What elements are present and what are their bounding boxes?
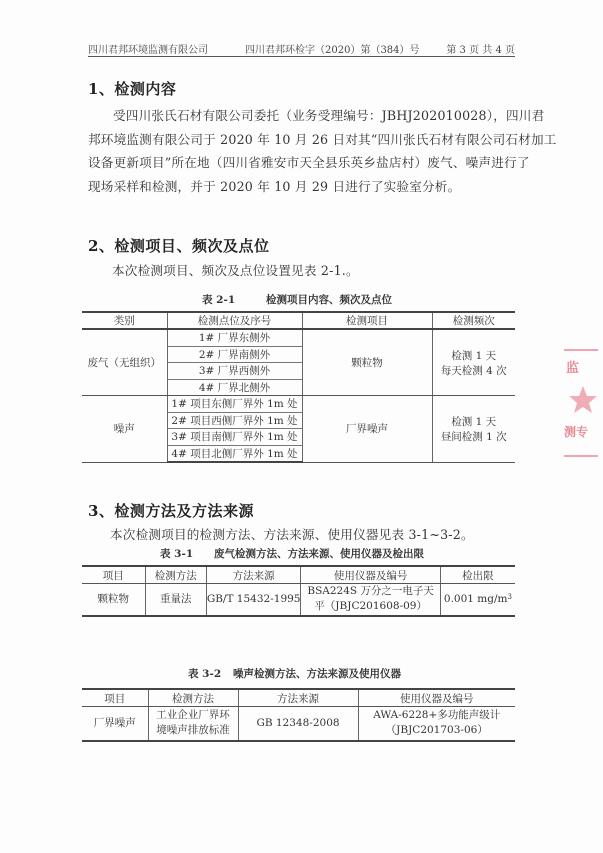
frequency-line: 检测 1 天 bbox=[433, 348, 516, 363]
section1-line: 现场采样和检测，并于 2020 年 10 月 29 日进行了实验室分析。 bbox=[88, 175, 518, 199]
section2-intro: 本次检测项目、频次及点位设置见表 2-1.。 bbox=[112, 259, 359, 283]
col-header-frequency: 检测频次 bbox=[432, 312, 515, 329]
table-3-1-caption-number: 表 3-1 bbox=[160, 546, 193, 561]
table-row: 废气（无组织） 1# 厂界东侧外 颗粒物 检测 1 天 每天检测 4 次 bbox=[82, 329, 515, 346]
table-3-2-caption-number: 表 3-2 bbox=[188, 666, 221, 681]
col-header-item: 项目 bbox=[82, 689, 148, 707]
col-header-item: 检测项目 bbox=[302, 312, 432, 329]
table-3-1: 项目 检测方法 方法来源 使用仪器及编号 检出限 颗粒物 重量法 GB/T 15… bbox=[82, 565, 515, 617]
instrument-cell: AWA-6228+多功能声级计 （JBJC201703-06） bbox=[358, 707, 515, 741]
category-cell: 噪声 bbox=[82, 396, 167, 463]
table-2-1-caption-number: 表 2-1 bbox=[202, 292, 235, 307]
instrument-line: BSA224S 万分之一电子天 bbox=[301, 584, 439, 599]
item-cell: 颗粒物 bbox=[82, 584, 145, 616]
col-header-source: 方法来源 bbox=[238, 689, 358, 707]
frequency-line: 检测 1 天 bbox=[433, 414, 516, 429]
table-2-1: 类别 检测点位及序号 检测项目 检测频次 废气（无组织） 1# 厂界东侧外 颗粒… bbox=[82, 311, 515, 463]
method-cell: 重量法 bbox=[145, 584, 206, 616]
section2-title: 2、检测项目、频次及点位 bbox=[88, 235, 269, 256]
frequency-cell: 检测 1 天 昼间检测 1 次 bbox=[432, 396, 515, 463]
point-cell: 4# 厂界北侧外 bbox=[167, 379, 302, 396]
col-header-instrument: 使用仪器及编号 bbox=[358, 689, 515, 707]
instrument-cell: BSA224S 万分之一电子天 平（JBJC201608-09） bbox=[301, 584, 440, 616]
table-3-2: 项目 检测方法 方法来源 使用仪器及编号 厂界噪声 工业企业厂界环 境噪声排放标… bbox=[82, 688, 515, 742]
instrument-line: AWA-6228+多功能声级计 bbox=[359, 708, 516, 723]
section1-line: 设备更新项目”所在地（四川省雅安市天全县乐英乡盐店村）废气、噪声进行了 bbox=[88, 151, 518, 175]
col-header-category: 类别 bbox=[82, 312, 167, 329]
col-header-source: 方法来源 bbox=[206, 566, 301, 584]
col-header-item: 项目 bbox=[82, 566, 145, 584]
method-cell: 工业企业厂界环 境噪声排放标准 bbox=[148, 707, 238, 741]
header-company: 四川君邦环境监测有限公司 bbox=[88, 41, 208, 56]
table-3-2-caption-title: 噪声检测方法、方法来源及使用仪器 bbox=[233, 666, 401, 681]
table-header-row: 项目 检测方法 方法来源 使用仪器及编号 检出限 bbox=[82, 566, 515, 584]
limit-superscript: 3 bbox=[507, 593, 511, 601]
section3-title: 3、检测方法及方法来源 bbox=[88, 500, 254, 521]
source-cell: GB 12348-2008 bbox=[238, 707, 358, 741]
seal-top-text: 监 bbox=[566, 357, 579, 376]
point-cell: 1# 厂界东侧外 bbox=[167, 329, 302, 346]
table-header-row: 类别 检测点位及序号 检测项目 检测频次 bbox=[82, 312, 515, 329]
source-cell: GB/T 15432-1995 bbox=[206, 584, 301, 616]
col-header-method: 检测方法 bbox=[145, 566, 206, 584]
table-3-1-caption-title: 废气检测方法、方法来源、使用仪器及检出限 bbox=[214, 546, 424, 561]
frequency-line: 每天检测 4 次 bbox=[433, 363, 516, 378]
header-report-number: 四川君邦环检字（2020）第（384）号 bbox=[245, 41, 420, 56]
col-header-limit: 检出限 bbox=[440, 566, 515, 584]
page-header: 四川君邦环境监测有限公司 四川君邦环检字（2020）第（384）号 第 3 页 … bbox=[88, 40, 515, 57]
point-cell: 2# 项目西侧厂界外 1m 处 bbox=[167, 412, 302, 429]
col-header-method: 检测方法 bbox=[148, 689, 238, 707]
point-cell: 3# 厂界西侧外 bbox=[167, 363, 302, 380]
item-cell: 厂界噪声 bbox=[302, 396, 432, 463]
seal-border-line bbox=[564, 455, 598, 457]
section1-title: 1、检测内容 bbox=[88, 78, 176, 99]
method-line: 工业企业厂界环 bbox=[149, 708, 238, 723]
frequency-cell: 检测 1 天 每天检测 4 次 bbox=[432, 329, 515, 396]
table-header-row: 项目 检测方法 方法来源 使用仪器及编号 bbox=[82, 689, 515, 707]
item-cell: 颗粒物 bbox=[302, 329, 432, 396]
item-cell: 厂界噪声 bbox=[82, 707, 148, 741]
section3-intro: 本次检测项目的检测方法、方法来源、使用仪器见表 3-1~3-2。 bbox=[110, 523, 474, 547]
header-page-info: 第 3 页 共 4 页 bbox=[446, 41, 515, 56]
instrument-line: 平（JBJC201608-09） bbox=[301, 599, 439, 614]
limit-cell: 0.001 mg/m3 bbox=[440, 584, 515, 616]
seal-border-line bbox=[564, 349, 598, 351]
col-header-point: 检测点位及序号 bbox=[167, 312, 302, 329]
point-cell: 3# 项目南侧厂界外 1m 处 bbox=[167, 429, 302, 446]
seal-bottom-text: 测专 bbox=[564, 423, 588, 440]
table-row: 颗粒物 重量法 GB/T 15432-1995 BSA224S 万分之一电子天 … bbox=[82, 584, 515, 616]
official-seal-stamp: 监 测专 bbox=[562, 345, 602, 465]
col-header-instrument: 使用仪器及编号 bbox=[301, 566, 440, 584]
instrument-line: （JBJC201703-06） bbox=[359, 723, 516, 738]
point-cell: 4# 项目北侧厂界外 1m 处 bbox=[167, 445, 302, 462]
category-cell: 废气（无组织） bbox=[82, 329, 167, 396]
table-2-1-caption-title: 检测项目内容、频次及点位 bbox=[266, 292, 392, 307]
table-row: 噪声 1# 项目东侧厂界外 1m 处 厂界噪声 检测 1 天 昼间检测 1 次 bbox=[82, 396, 515, 413]
point-cell: 2# 厂界南侧外 bbox=[167, 346, 302, 363]
seal-star-icon bbox=[568, 385, 598, 415]
section1-line: 受四川张氏石材有限公司委托（业务受理编号：JBHJ202010028），四川君 bbox=[88, 104, 518, 128]
limit-value: 0.001 mg/m bbox=[444, 593, 508, 605]
section1-line: 邦环境监测有限公司于 2020 年 10 月 26 日对其“四川张氏石材有限公司… bbox=[88, 128, 518, 152]
frequency-line: 昼间检测 1 次 bbox=[433, 429, 516, 444]
section1-paragraph: 受四川张氏石材有限公司委托（业务受理编号：JBHJ202010028），四川君 … bbox=[88, 104, 518, 198]
method-line: 境噪声排放标准 bbox=[149, 723, 238, 738]
point-cell: 1# 项目东侧厂界外 1m 处 bbox=[167, 396, 302, 413]
table-row: 厂界噪声 工业企业厂界环 境噪声排放标准 GB 12348-2008 AWA-6… bbox=[82, 707, 515, 741]
